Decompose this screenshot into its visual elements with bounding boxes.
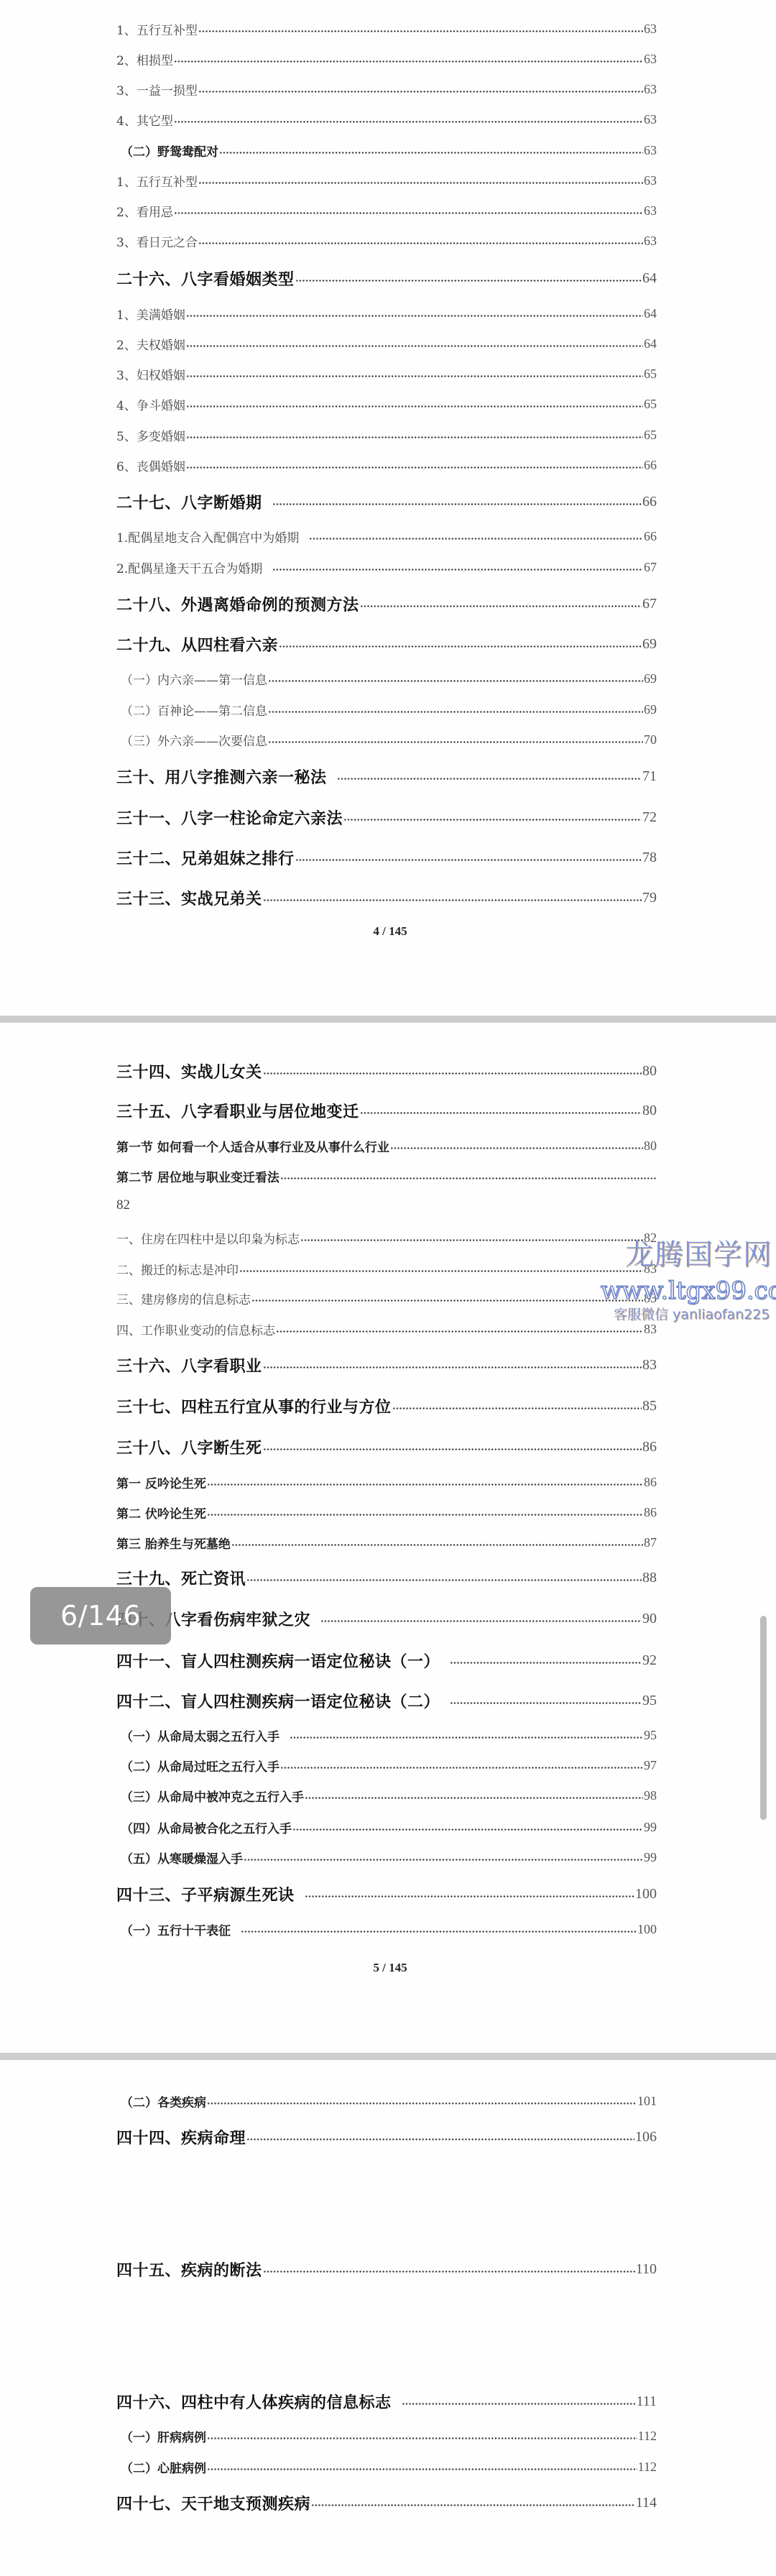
- dot-leader: [186, 436, 643, 438]
- dot-leader: [390, 1147, 643, 1149]
- toc-entry[interactable]: （一）内六亲——第一信息69: [121, 668, 657, 689]
- toc-entry-page-number: 111: [636, 2393, 657, 2410]
- toc-entry-title: 三、建房修房的信息标志: [116, 1289, 251, 1307]
- dot-leader: [198, 30, 643, 32]
- toc-entry[interactable]: （二）百神论——第二信息69: [121, 699, 657, 720]
- orphan-page-number: 82: [116, 1197, 130, 1213]
- dot-leader: [186, 375, 643, 377]
- toc-entry-title: 4、争斗婚姻: [116, 395, 185, 413]
- dot-leader: [207, 1483, 643, 1486]
- toc-entry-page-number: 65: [644, 397, 657, 412]
- toc-entry-title: 1、美满婚姻: [116, 305, 185, 323]
- dot-leader: [198, 182, 643, 184]
- toc-entry-page-number: 106: [635, 2129, 657, 2145]
- toc-entry-page-number: 65: [644, 367, 657, 382]
- toc-entry-title: 四十一、盲人四柱测疾病一语定位秘诀（一）: [116, 1650, 440, 1672]
- dot-leader: [360, 1112, 642, 1114]
- toc-entry[interactable]: 第二 伏吟论生死86: [116, 1501, 657, 1523]
- dot-leader: [174, 212, 643, 214]
- toc-entry-page-number: 98: [644, 1788, 657, 1803]
- toc-entry[interactable]: 三十八、八字断生死86: [116, 1434, 657, 1460]
- toc-entry-title: 3、妇权婚姻: [116, 365, 185, 383]
- toc-entry-title: （一）从命局太弱之五行入手: [121, 1726, 280, 1744]
- toc-entry-title: （二）从命局过旺之五行入手: [121, 1757, 280, 1775]
- dot-leader: [251, 1299, 643, 1302]
- toc-entry-page-number: 112: [638, 2460, 657, 2475]
- toc-entry[interactable]: 二十六、八字看婚姻类型64: [116, 265, 657, 291]
- toc-entry-page-number: 97: [644, 1758, 657, 1773]
- toc-entry-title: 四十二、盲人四柱测疾病一语定位秘诀（二）: [116, 1690, 440, 1712]
- dot-leader: [320, 1620, 642, 1622]
- toc-entry[interactable]: 三十五、八字看职业与居位地变迁80: [116, 1098, 657, 1123]
- toc-entry-page-number: 63: [644, 52, 657, 67]
- toc-entry[interactable]: （一）肝病病例112: [121, 2425, 657, 2447]
- toc-entry[interactable]: （二）心脏病例112: [121, 2456, 657, 2478]
- dot-leader: [268, 741, 643, 743]
- dot-leader: [392, 1407, 642, 1409]
- dot-leader: [311, 2504, 635, 2506]
- toc-entry-title: （二）野鸳鸯配对: [121, 142, 218, 160]
- toc-entry-page-number: 72: [642, 809, 657, 826]
- toc-entry-title: 1.配偶星地支合入配偶宫中为婚期: [116, 528, 299, 546]
- toc-entry[interactable]: 2、相损型63: [116, 48, 657, 70]
- toc-entry-title: 4、其它型: [116, 111, 173, 129]
- toc-entry-page-number: 71: [642, 768, 657, 785]
- toc-entry-page-number: 80: [642, 1063, 657, 1080]
- toc-entry[interactable]: （二）各类疾病101: [121, 2090, 657, 2112]
- toc-entry-title: 5、多变婚姻: [116, 426, 185, 444]
- toc-entry-title: 二、搬迁的标志是冲印: [116, 1260, 239, 1278]
- dot-leader: [360, 605, 642, 607]
- toc-entry[interactable]: 4、争斗婚姻65: [116, 393, 657, 415]
- toc-entry[interactable]: 6、丧偶婚姻66: [116, 454, 657, 476]
- toc-entry-page-number: 83: [644, 1291, 657, 1306]
- toc-entry-title: 1、五行互补型: [116, 172, 198, 190]
- toc-entry-title: 三十一、八字一柱论命定六亲法: [116, 806, 343, 829]
- toc-entry-title: 三十三、实战兄弟关: [116, 887, 262, 909]
- toc-entry-title: 四、工作职业变动的信息标志: [116, 1320, 275, 1338]
- toc-entry[interactable]: （一）从命局太弱之五行入手95: [121, 1724, 657, 1746]
- dot-leader: [263, 899, 642, 901]
- toc-entry[interactable]: 四、工作职业变动的信息标志83: [116, 1318, 657, 1340]
- toc-entry[interactable]: 第一 反吟论生死86: [116, 1471, 657, 1493]
- dot-leader: [292, 1828, 643, 1831]
- dot-leader: [244, 1859, 643, 1861]
- toc-entry[interactable]: 2、夫权婚姻64: [116, 333, 657, 354]
- toc-entry-title: 2、夫权婚姻: [116, 335, 185, 353]
- toc-entry-page-number: 63: [644, 22, 657, 37]
- toc-entry-page-number: 63: [644, 234, 657, 249]
- toc-entry[interactable]: 二十八、外遇离婚命例的预测方法67: [116, 591, 657, 617]
- toc-entry[interactable]: 1、美满婚姻64: [116, 303, 657, 324]
- dot-leader: [276, 1330, 643, 1333]
- toc-entry-title: 三十二、兄弟姐妹之排行: [116, 847, 295, 869]
- dot-leader: [450, 1662, 642, 1664]
- toc-entry[interactable]: （三）从命局中被冲克之五行入手98: [121, 1785, 657, 1806]
- toc-entry-title: （二）心脏病例: [121, 2458, 206, 2476]
- dot-leader: [305, 1797, 643, 1799]
- toc-entry[interactable]: 4、其它型63: [116, 109, 657, 130]
- toc-entry[interactable]: 三十六、八字看职业83: [116, 1352, 657, 1378]
- toc-entry-page-number: 114: [636, 2495, 657, 2511]
- toc-entry[interactable]: 三十一、八字一柱论命定六亲法72: [116, 804, 657, 830]
- dot-leader: [207, 1514, 643, 1516]
- dot-leader: [280, 1177, 656, 1179]
- dot-leader: [300, 1239, 643, 1241]
- toc-entry[interactable]: 四十三、子平病源生死诀100: [116, 1881, 657, 1907]
- toc-entry-title: 二十七、八字断婚期: [116, 491, 262, 513]
- toc-entry-title: 四十六、四柱中有人体疾病的信息标志: [116, 2391, 392, 2413]
- toc-entry-page-number: 66: [644, 529, 657, 544]
- toc-entry-page-number: 64: [644, 336, 657, 351]
- toc-entry-title: 第一 反吟论生死: [116, 1473, 206, 1491]
- toc-entry-title: 1、五行互补型: [116, 20, 198, 38]
- toc-entry-page-number: 64: [644, 306, 657, 321]
- toc-entry-title: 四十七、天干地支预测疾病: [116, 2492, 310, 2514]
- toc-entry-page-number: 83: [642, 1357, 657, 1374]
- dot-leader: [295, 859, 642, 861]
- toc-entry-page-number: 78: [642, 850, 657, 866]
- toc-entry[interactable]: 四十、八字看伤病牢狱之灾90: [116, 1606, 657, 1632]
- toc-entry-title: 二十六、八字看婚姻类型: [116, 267, 295, 290]
- toc-entry[interactable]: 四十一、盲人四柱测疾病一语定位秘诀（一）92: [116, 1647, 657, 1673]
- toc-entry-title: （一）肝病病例: [121, 2427, 206, 2445]
- toc-entry-page-number: 101: [637, 2094, 657, 2109]
- toc-entry[interactable]: 3、看日元之合63: [116, 230, 657, 252]
- toc-entry-title: 二十八、外遇离婚命例的预测方法: [116, 593, 359, 615]
- dot-leader: [231, 1544, 643, 1546]
- toc-entry-title: （三）从命局中被冲克之五行入手: [121, 1787, 304, 1805]
- dot-leader: [272, 503, 642, 505]
- dot-leader: [263, 1072, 642, 1075]
- toc-entry-page-number: 90: [642, 1611, 657, 1627]
- dot-leader: [268, 711, 643, 713]
- toc-entry-page-number: 86: [644, 1475, 657, 1490]
- dot-leader: [309, 538, 643, 540]
- toc-entry-title: （三）外六亲——次要信息: [121, 731, 267, 749]
- toc-entry[interactable]: 四十二、盲人四柱测疾病一语定位秘诀（二）95: [116, 1688, 657, 1713]
- dot-leader: [272, 569, 643, 571]
- toc-entry[interactable]: 1、五行互补型63: [116, 18, 657, 40]
- toc-entry-page-number: 86: [644, 1505, 657, 1520]
- toc-entry[interactable]: 四十七、天干地支预测疾病114: [116, 2490, 657, 2516]
- toc-entry-page-number: 64: [642, 270, 657, 287]
- toc-entry-page-number: 79: [642, 890, 657, 906]
- toc-entry-page-number: 100: [637, 1922, 657, 1937]
- dot-leader: [295, 280, 642, 282]
- page-separator: [0, 1016, 776, 1023]
- scrollbar-thumb[interactable]: [760, 1616, 767, 1820]
- toc-entry-title: 2、看用忌: [116, 202, 173, 220]
- dot-leader: [174, 121, 643, 123]
- toc-entry[interactable]: 2.配偶星逢天干五合为婚期67: [116, 556, 657, 578]
- toc-entry-title: 四十三、子平病源生死诀: [116, 1883, 295, 1905]
- toc-entry[interactable]: 四十六、四柱中有人体疾病的信息标志111: [116, 2388, 657, 2414]
- toc-entry[interactable]: 5、多变婚姻65: [116, 424, 657, 446]
- toc-entry[interactable]: 3、妇权婚姻65: [116, 363, 657, 385]
- dot-leader: [263, 1366, 642, 1368]
- toc-entry[interactable]: （一）五行十干表征100: [121, 1918, 657, 1940]
- toc-entry[interactable]: 三十七、四柱五行宜从事的行业与方位85: [116, 1393, 657, 1419]
- dot-leader: [450, 1702, 642, 1704]
- toc-entry-title: 6、丧偶婚姻: [116, 456, 185, 474]
- toc-entry-page-number: 99: [644, 1820, 657, 1835]
- toc-entry-page-number: 86: [642, 1439, 657, 1455]
- toc-entry[interactable]: （五）从寒暖燥湿入手99: [121, 1846, 657, 1868]
- dot-leader: [239, 1270, 643, 1272]
- toc-entry[interactable]: 三十二、兄弟姐妹之排行78: [116, 845, 657, 870]
- dot-leader: [337, 778, 642, 780]
- dot-leader: [207, 2468, 637, 2470]
- toc-entry-title: 2.配偶星逢天干五合为婚期: [116, 558, 262, 576]
- dot-leader: [186, 345, 643, 347]
- toc-entry-page-number: 67: [644, 560, 657, 575]
- toc-entry-page-number: 95: [644, 1728, 657, 1743]
- toc-entry-title: （五）从寒暖燥湿入手: [121, 1849, 243, 1867]
- toc-entry-page-number: 63: [644, 82, 657, 97]
- toc-entry-page-number: 67: [642, 596, 657, 612]
- toc-entry[interactable]: 三十九、死亡资讯88: [116, 1565, 657, 1591]
- toc-entry[interactable]: 第三 胎养生与死墓绝87: [116, 1532, 657, 1553]
- toc-entry-title: 第二节 居位地与职业变迁看法: [116, 1167, 280, 1185]
- toc-entry-page-number: 88: [642, 1570, 657, 1586]
- toc-entry-page-number: 85: [642, 1398, 657, 1414]
- toc-entry[interactable]: 2、看用忌63: [116, 200, 657, 221]
- toc-entry[interactable]: 三十三、实战兄弟关79: [116, 885, 657, 911]
- dot-leader: [305, 1895, 634, 1897]
- toc-entry-page-number: 112: [638, 2429, 657, 2444]
- toc-entry-title: 四十五、疾病的断法: [116, 2258, 262, 2281]
- toc-entry-page-number: 83: [644, 1322, 657, 1337]
- toc-entry-title: 第二 伏吟论生死: [116, 1504, 206, 1522]
- toc-entry[interactable]: （二）野鸳鸯配对63: [121, 139, 657, 161]
- toc-entry[interactable]: 四十五、疾病的断法110: [116, 2256, 657, 2282]
- page-footer: 5 / 145: [0, 1961, 776, 1975]
- toc-entry-page-number: 87: [644, 1535, 657, 1550]
- toc-entry-title: （二）百神论——第二信息: [121, 701, 267, 719]
- toc-entry-title: 三十九、死亡资讯: [116, 1567, 246, 1589]
- dot-leader: [198, 91, 643, 93]
- dot-leader: [198, 242, 643, 244]
- toc-entry[interactable]: 1.配偶星地支合入配偶宫中为婚期66: [116, 525, 657, 547]
- toc-entry-title: 二十九、从四柱看六亲: [116, 633, 278, 655]
- toc-entry-title: 三十七、四柱五行宜从事的行业与方位: [116, 1395, 392, 1417]
- toc-entry-page-number: 63: [644, 143, 657, 158]
- toc-entry[interactable]: 三十四、实战儿女关80: [116, 1058, 657, 1084]
- toc-entry-title: （一）内六亲——第一信息: [121, 670, 267, 688]
- toc-entry-page-number: 82: [644, 1230, 657, 1246]
- toc-entry-page-number: 92: [642, 1652, 657, 1669]
- dot-leader: [219, 152, 643, 154]
- toc-entry[interactable]: 二十九、从四柱看六亲69: [116, 631, 657, 657]
- toc-entry[interactable]: 1、五行互补型63: [116, 170, 657, 191]
- dot-leader: [186, 405, 643, 408]
- toc-entry-title: 三十六、八字看职业: [116, 1354, 262, 1376]
- toc-entry[interactable]: 二十七、八字断婚期66: [116, 489, 657, 515]
- dot-leader: [174, 60, 643, 63]
- page-indicator-badge: 6/146: [30, 1587, 171, 1644]
- toc-entry-page-number: 66: [642, 494, 657, 510]
- dot-leader: [246, 1579, 642, 1581]
- toc-entry-page-number: 95: [642, 1693, 657, 1709]
- toc-entry-title: 2、相损型: [116, 50, 173, 68]
- dot-leader: [290, 1736, 643, 1739]
- dot-leader: [186, 466, 643, 469]
- dot-leader: [263, 1448, 642, 1450]
- toc-entry[interactable]: 第二节 居位地与职业变迁看法: [116, 1165, 657, 1187]
- toc-entry-title: 三十八、八字断生死: [116, 1436, 262, 1458]
- toc-entry-page-number: 69: [644, 702, 657, 717]
- dot-leader: [207, 2437, 637, 2439]
- dot-leader: [207, 2102, 637, 2104]
- toc-entry-page-number: 80: [642, 1103, 657, 1119]
- dot-leader: [343, 819, 642, 821]
- toc-entry-title: 第一节 如何看一个人适合从事行业及从事什么行业: [116, 1137, 389, 1155]
- toc-entry-page-number: 63: [644, 203, 657, 218]
- dot-leader: [186, 315, 643, 317]
- toc-entry-title: 三十五、八字看职业与居位地变迁: [116, 1100, 359, 1122]
- toc-entry-title: （一）五行十干表征: [121, 1920, 231, 1938]
- toc-entry-page-number: 99: [644, 1850, 657, 1865]
- toc-entry-page-number: 70: [644, 732, 657, 747]
- page-separator: [0, 2053, 776, 2060]
- toc-entry-page-number: 110: [636, 2261, 657, 2278]
- dot-leader: [280, 1767, 643, 1769]
- toc-entry-page-number: 63: [644, 112, 657, 127]
- dot-leader: [402, 2403, 636, 2405]
- toc-entry[interactable]: 一、住房在四柱中是以印枭为标志82: [116, 1227, 657, 1248]
- toc-entry-page-number: 63: [644, 173, 657, 188]
- toc-entry-title: 一、住房在四柱中是以印枭为标志: [116, 1229, 300, 1247]
- toc-entry-title: 3、一益一损型: [116, 80, 198, 98]
- dot-leader: [263, 2271, 635, 2273]
- toc-entry[interactable]: （四）从命局被合化之五行入手99: [121, 1816, 657, 1838]
- toc-entry-page-number: 100: [635, 1886, 657, 1903]
- toc-entry-page-number: 69: [642, 636, 657, 653]
- toc-entry[interactable]: 二、搬迁的标志是冲印83: [116, 1258, 657, 1279]
- toc-entry[interactable]: 三、建房修房的信息标志83: [116, 1287, 657, 1309]
- toc-entry-title: 三十、用八字推测六亲一秘法: [116, 765, 327, 788]
- dot-leader: [246, 2138, 634, 2140]
- dot-leader: [241, 1931, 637, 1933]
- toc-entry[interactable]: （三）外六亲——次要信息70: [121, 729, 657, 750]
- toc-entry-title: 第三 胎养生与死墓绝: [116, 1534, 231, 1552]
- toc-entry-title: （二）各类疾病: [121, 2092, 206, 2110]
- toc-entry-page-number: 83: [644, 1261, 657, 1276]
- toc-entry[interactable]: 第一节 如何看一个人适合从事行业及从事什么行业80: [116, 1135, 657, 1156]
- toc-entry-title: 四十四、疾病命理: [116, 2126, 246, 2148]
- toc-entry[interactable]: 四十四、疾病命理106: [116, 2124, 657, 2150]
- toc-entry-page-number: 66: [644, 458, 657, 473]
- toc-entry-title: （四）从命局被合化之五行入手: [121, 1818, 292, 1836]
- toc-entry-page-number: 80: [644, 1138, 657, 1154]
- toc-entry[interactable]: （二）从命局过旺之五行入手97: [121, 1754, 657, 1776]
- toc-entry-page-number: 69: [644, 671, 657, 686]
- toc-entry-title: 三十四、实战儿女关: [116, 1060, 262, 1082]
- toc-entry[interactable]: 三十、用八字推测六亲一秘法71: [116, 763, 657, 789]
- toc-entry[interactable]: 3、一益一损型63: [116, 78, 657, 100]
- toc-entry-title: 3、看日元之合: [116, 232, 198, 250]
- toc-entry-page-number: 65: [644, 428, 657, 443]
- dot-leader: [268, 680, 643, 682]
- dot-leader: [279, 645, 642, 648]
- page-footer: 4 / 145: [0, 924, 776, 939]
